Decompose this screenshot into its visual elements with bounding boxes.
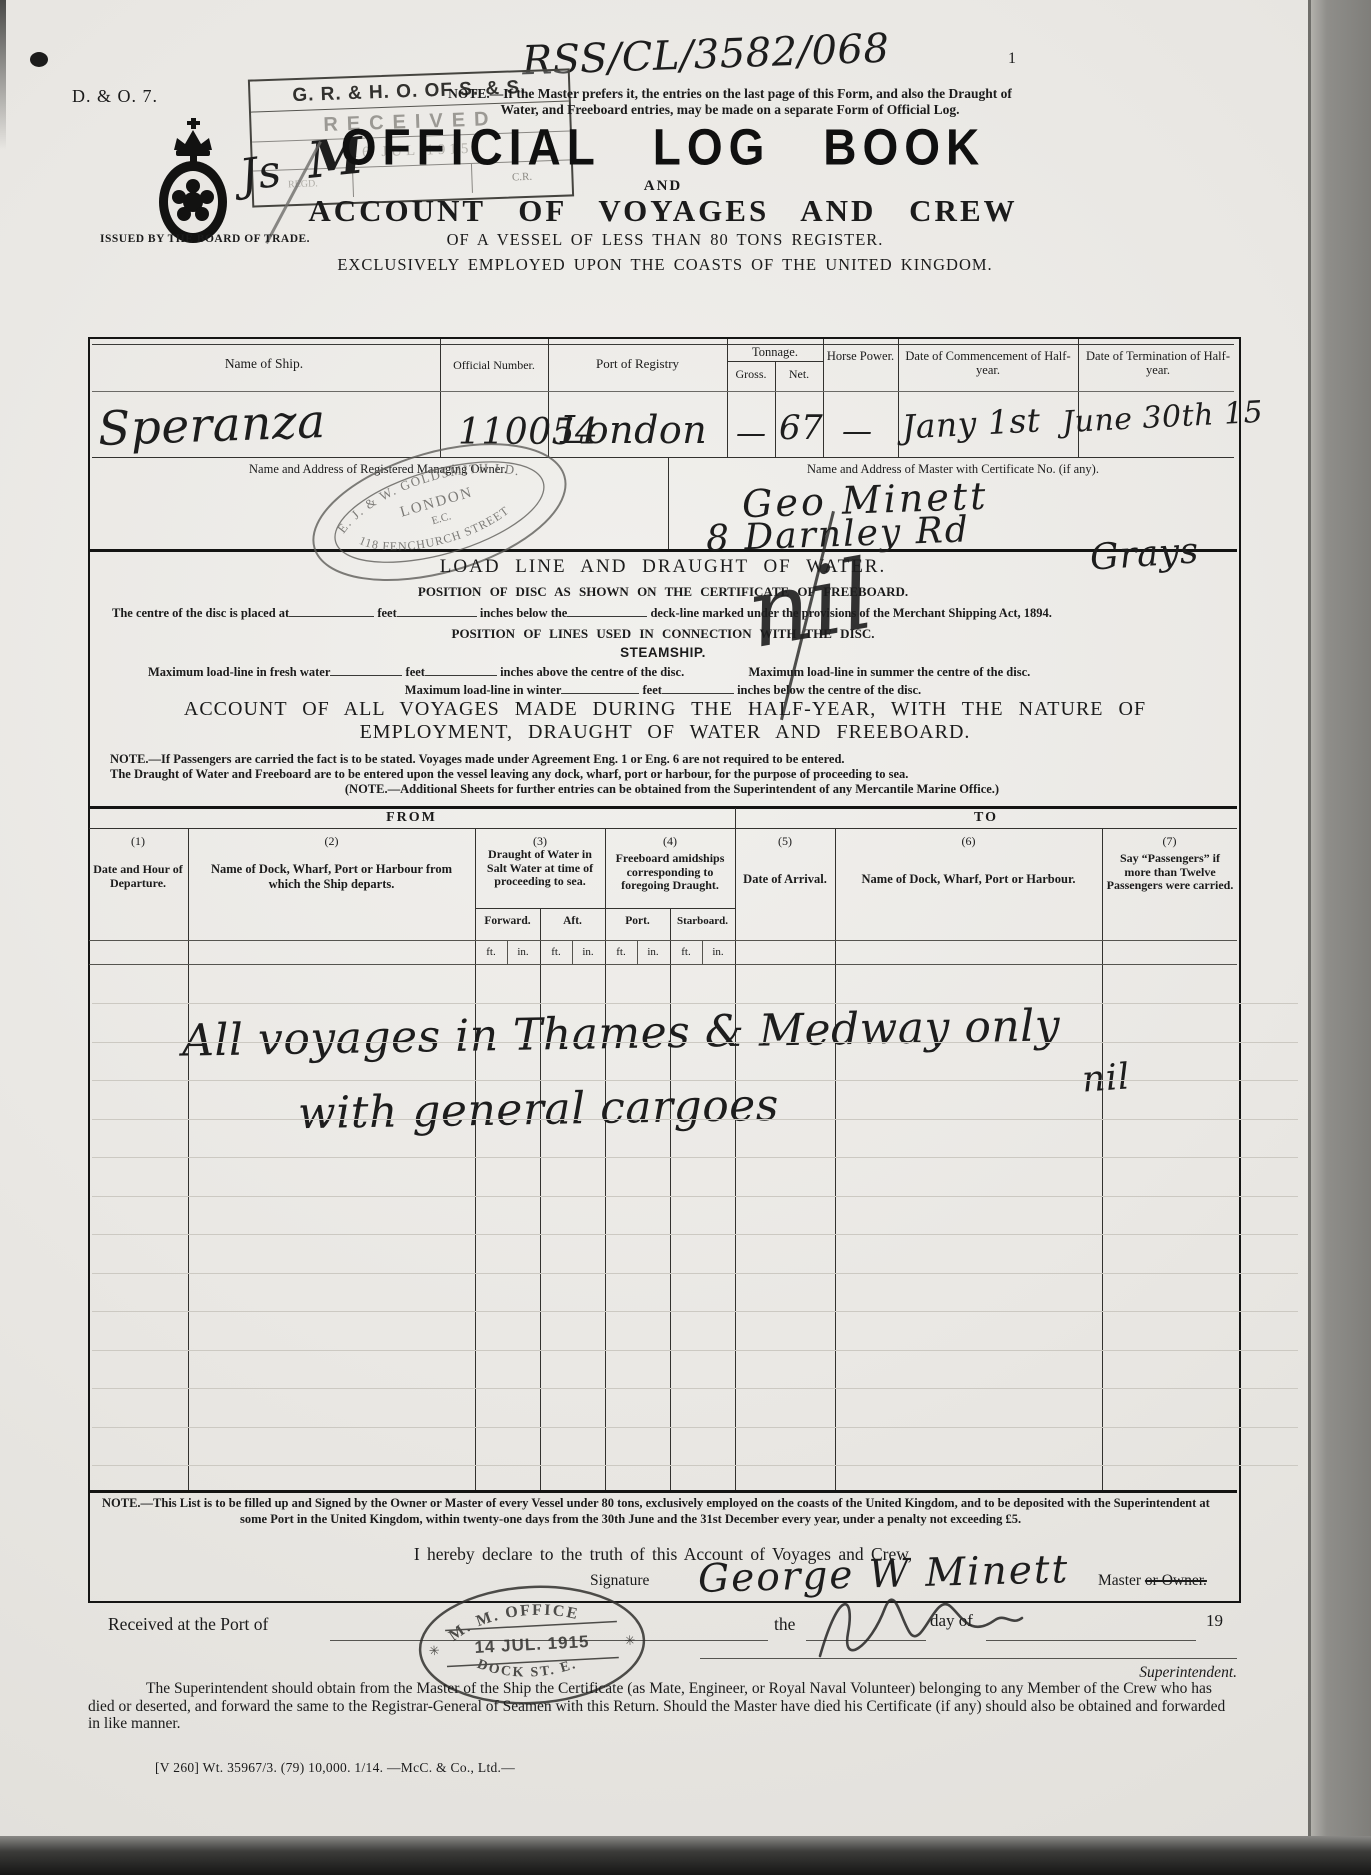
col5-num: (5) xyxy=(735,834,835,849)
owner-stamp-district: E.C. xyxy=(430,510,452,527)
disc-p3: inches below the xyxy=(480,606,568,620)
col3-header: Draught of Water in Salt Water at time o… xyxy=(479,848,601,889)
to-band: TO xyxy=(735,810,1237,826)
ruled-line xyxy=(92,1119,1298,1120)
received-label: Received at the Port of xyxy=(108,1614,268,1635)
stamp-star-right: ✳ xyxy=(624,1633,636,1649)
stamp-star-left: ✳ xyxy=(428,1643,440,1659)
winter-p1: Maximum load-line in winter xyxy=(405,683,562,697)
ship-name-value: Speranza xyxy=(97,394,326,457)
ft-label: ft. xyxy=(670,946,702,958)
mm-stamp-bottom-text: DOCK ST. E. xyxy=(474,1652,579,1684)
blank-field xyxy=(425,663,497,676)
header-note: NOTE.—If the Master prefers it, the entr… xyxy=(440,86,1020,118)
col-line xyxy=(540,908,541,1490)
ruled-line xyxy=(92,1042,1298,1043)
hole-punch xyxy=(30,52,48,67)
port-of-registry-header: Port of Registry xyxy=(548,356,727,372)
form-border xyxy=(88,337,1241,1603)
col6-num: (6) xyxy=(835,834,1102,849)
header-line2: EXCLUSIVELY EMPLOYED UPON THE COASTS OF … xyxy=(200,255,1130,275)
account-heading: ACCOUNT OF ALL VOYAGES MADE DURING THE H… xyxy=(120,698,1210,743)
ruled-line xyxy=(92,1311,1298,1312)
blank-field xyxy=(330,663,402,676)
winter-p2: feet xyxy=(643,683,662,697)
passengers-nil: nil xyxy=(1081,1056,1131,1100)
winter-line: Maximum load-line in winter feet inches … xyxy=(88,681,1238,698)
official-number-header: Official Number. xyxy=(440,358,548,373)
col7-header: Say “Passengers” if more than Twelve Pas… xyxy=(1106,852,1234,893)
termination-header: Date of Termination of Half-year. xyxy=(1078,349,1238,377)
starboard-header: Starboard. xyxy=(670,915,735,927)
ruled-line xyxy=(92,1157,1298,1158)
rule xyxy=(92,391,1234,392)
superintendent-signature xyxy=(800,1578,1030,1673)
ruled-line xyxy=(92,1465,1298,1466)
from-band: FROM xyxy=(88,810,735,826)
in-label: in. xyxy=(702,946,734,958)
in-label: in. xyxy=(637,946,669,958)
port-header: Port. xyxy=(605,915,670,927)
disc-heading: POSITION OF DISC AS SHOWN ON THE CERTIFI… xyxy=(88,584,1238,600)
net-header: Net. xyxy=(775,367,823,382)
header-line1: OF A VESSEL OF LESS THAN 80 TONS REGISTE… xyxy=(300,230,1030,250)
ruled-line xyxy=(92,1196,1298,1197)
aft-header: Aft. xyxy=(540,915,605,927)
blank-field xyxy=(567,604,647,617)
col2-header: Name of Dock, Wharf, Port or Harbour fro… xyxy=(200,862,463,891)
account-note1: NOTE.—If Passengers are carried the fact… xyxy=(110,752,1234,767)
fresh-p3: inches above the centre of the disc. xyxy=(500,665,684,679)
account-note3: (NOTE.—Additional Sheets for further ent… xyxy=(110,782,1234,797)
scan-background-bottom xyxy=(0,1836,1371,1875)
main-title: OFFICIAL LOG BOOK xyxy=(88,117,1238,176)
horse-power-header: Horse Power. xyxy=(823,349,898,363)
page-number: 1 xyxy=(1008,50,1016,68)
ruled-line xyxy=(92,1427,1298,1428)
col1-header: Date and Hour of Departure. xyxy=(92,862,184,890)
ruled-line xyxy=(92,1003,1298,1004)
rule xyxy=(92,344,1234,345)
form-code: D. & O. 7. xyxy=(72,86,158,107)
in-label: in. xyxy=(507,946,539,958)
ft-label: ft. xyxy=(605,946,637,958)
issued-by: ISSUED BY THE BOARD OF TRADE. xyxy=(100,233,310,245)
subtitle: ACCOUNT OF VOYAGES AND CREW xyxy=(88,193,1238,229)
commencement-value: Jany 1st xyxy=(901,400,1041,446)
rule xyxy=(89,964,1237,965)
table-bottom-rule xyxy=(89,1490,1237,1493)
blank-field xyxy=(289,604,374,617)
account-note2: The Draught of Water and Freeboard are t… xyxy=(110,767,1234,782)
mm-stamp-date: 14 JUL. 1915 xyxy=(474,1632,590,1657)
section-rule xyxy=(89,549,1237,552)
horse-power-value: — xyxy=(842,414,873,449)
col4-header: Freeboard amidships corresponding to for… xyxy=(609,852,731,893)
master-or-owner: Master or Owner. xyxy=(1098,1572,1207,1590)
printer-imprint: [V 260] Wt. 35967/3. (79) 10,000. 1/14. … xyxy=(155,1760,515,1776)
col4-num: (4) xyxy=(605,834,735,849)
ruled-line xyxy=(92,1234,1298,1235)
lines-heading: POSITION OF LINES USED IN CONNECTION WIT… xyxy=(88,626,1238,642)
ft-label: ft. xyxy=(475,946,507,958)
ship-name-header: Name of Ship. xyxy=(88,356,440,372)
net-value: 67 xyxy=(779,408,823,448)
ruled-line xyxy=(92,1080,1298,1081)
ruled-line xyxy=(92,1388,1298,1389)
disc-line: The centre of the disc is placed at feet… xyxy=(112,604,1232,621)
fresh-water-line: Maximum load-line in fresh water feet in… xyxy=(148,663,1238,680)
winter-p3: inches below the centre of the disc. xyxy=(737,683,921,697)
disc-p2: feet xyxy=(377,606,396,620)
ruled-line xyxy=(92,1273,1298,1274)
rule xyxy=(89,828,1237,829)
col2-num: (2) xyxy=(188,834,475,849)
in-label: in. xyxy=(572,946,604,958)
tonnage-header: Tonnage. xyxy=(727,345,823,360)
rule xyxy=(92,457,1234,458)
declaration-note: NOTE.—This List is to be filled up and S… xyxy=(102,1496,1228,1527)
col-line xyxy=(670,908,671,1490)
col-line xyxy=(440,339,441,457)
master-word: Master xyxy=(1098,1572,1145,1589)
scanned-log-book-page: RSS/CL/3582/068 1 D. & O. 7. G. R. & H. … xyxy=(0,0,1371,1875)
col-line xyxy=(188,828,189,1490)
forward-header: Forward. xyxy=(475,915,540,927)
received-the: the xyxy=(774,1614,795,1635)
col7-num: (7) xyxy=(1102,834,1237,849)
blank-field xyxy=(561,681,639,694)
received-year: 19 xyxy=(1206,1611,1223,1631)
col-line xyxy=(475,828,476,1490)
ft-label: ft. xyxy=(540,946,572,958)
archive-reference-handwritten: RSS/CL/3582/068 xyxy=(521,26,890,85)
rule xyxy=(475,908,735,909)
steamship-label: STEAMSHIP. xyxy=(88,645,1238,660)
fresh-p1: Maximum load-line in fresh water xyxy=(148,665,330,679)
col5-header: Date of Arrival. xyxy=(739,872,831,886)
voyage-entry-line2: with general cargoes xyxy=(298,1080,780,1139)
rule xyxy=(727,361,823,362)
load-line-title: LOAD LINE AND DRAUGHT OF WATER. xyxy=(88,556,1238,578)
fresh-p2: feet xyxy=(406,665,425,679)
scan-background-right xyxy=(1308,0,1371,1875)
col1-num: (1) xyxy=(88,834,188,849)
col-line xyxy=(1102,828,1103,1490)
col-line xyxy=(605,828,606,1490)
port-value: London xyxy=(560,408,707,452)
superintendent-note: The Superintendent should obtain from th… xyxy=(88,1680,1240,1733)
gross-value: — xyxy=(736,416,767,451)
ruled-line xyxy=(92,1350,1298,1351)
blank-field xyxy=(397,604,477,617)
blank-field xyxy=(662,681,734,694)
or-owner-struck: or Owner. xyxy=(1145,1572,1207,1589)
col-line xyxy=(835,828,836,1490)
col6-header: Name of Dock, Wharf, Port or Harbour. xyxy=(845,872,1092,886)
gross-header: Gross. xyxy=(727,367,775,382)
commencement-header: Date of Commencement of Half-year. xyxy=(898,349,1078,377)
table-top-rule xyxy=(89,806,1237,809)
scan-edge-smudge xyxy=(0,0,6,150)
rule xyxy=(89,940,1237,941)
disc-p1: The centre of the disc is placed at xyxy=(112,606,289,620)
svg-text:DOCK ST. E.: DOCK ST. E. xyxy=(474,1652,579,1684)
